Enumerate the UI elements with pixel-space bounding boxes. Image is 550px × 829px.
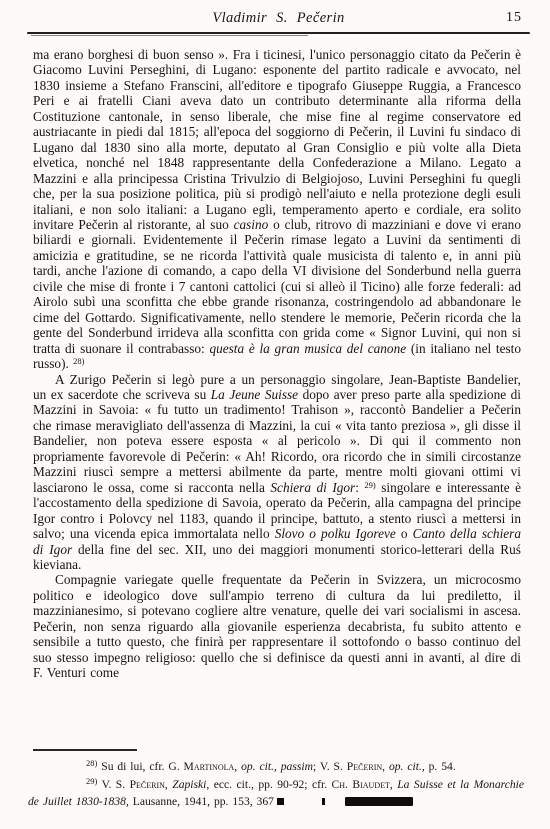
text-run: casino [234,217,269,232]
text-run: , p. 54. [422,760,456,773]
body-text: ma erano borghesi di buon senso ». Fra i… [33,47,521,747]
text-run: Slovo o polku Igoreve [275,526,396,541]
text-run: Zapiski [172,778,206,791]
text-run: op. cit., passim [241,760,313,773]
text-run: La Jeune Suisse [211,387,298,402]
text-run: ma erano borghesi di buon senso ». Fra i… [33,47,521,232]
text-run: ; V. S. [313,760,347,773]
text-run: Pečerin [130,778,165,791]
text-run: , Lausanne, 1941, pp. 153, 367 [126,795,274,808]
ink-blot-artifact [322,798,325,805]
footnote-ref: 28) [73,356,84,366]
footnote-ref: 29) [364,480,375,490]
running-title: Vladimir S. Pečerin [33,10,524,27]
text-run: , ecc. cit., pp. 90-92; cfr. [206,778,331,791]
page-header: Vladimir S. Pečerin 15 [33,10,524,32]
page-number: 15 [506,10,522,26]
text-run: Compagnie variegate quelle frequentate d… [33,572,521,680]
footnote-item: 29) V. S. Pečerin, Zapiski, ecc. cit., p… [28,776,524,811]
footnote-ref: 29) [86,776,97,786]
footnote-separator [33,749,137,751]
text-run: della fine del sec. XII, uno dei maggior… [33,542,521,572]
footnotes: 28) Su di lui, cfr. G. Martinola, op. ci… [28,758,524,811]
footnote-item: 28) Su di lui, cfr. G. Martinola, op. ci… [28,758,524,776]
text-run: Schiera di Igor [270,480,355,495]
text-run: o club, ritrovo di mazziniani e dove vi … [33,217,521,356]
text-run: op. cit. [389,760,422,773]
text-run: Ch. Biaudet [332,778,390,791]
text-run: , [382,760,389,773]
footnote-ref: 28) [86,758,97,768]
text-run: Martinola [184,760,235,773]
header-rule [27,32,530,34]
body-paragraph: A Zurigo Pečerin si legò pure a un perso… [33,372,521,573]
book-page: Vladimir S. Pečerin 15 ma erano borghesi… [0,0,550,829]
text-run: Su di lui, cfr. G. [97,760,183,773]
body-paragraph: Compagnie variegate quelle frequentate d… [33,572,521,680]
ink-blot-artifact [345,797,413,806]
body-paragraph: ma erano borghesi di buon senso ». Fra i… [33,47,521,372]
text-run: V. S. [97,778,129,791]
text-run: questa è la gran musica del canone [209,341,406,356]
text-run: dopo aver preso parte alla spedizione di… [33,387,521,495]
text-run: o [396,526,413,541]
text-run: Pečerin [347,760,382,773]
ink-blot-artifact [277,798,284,805]
